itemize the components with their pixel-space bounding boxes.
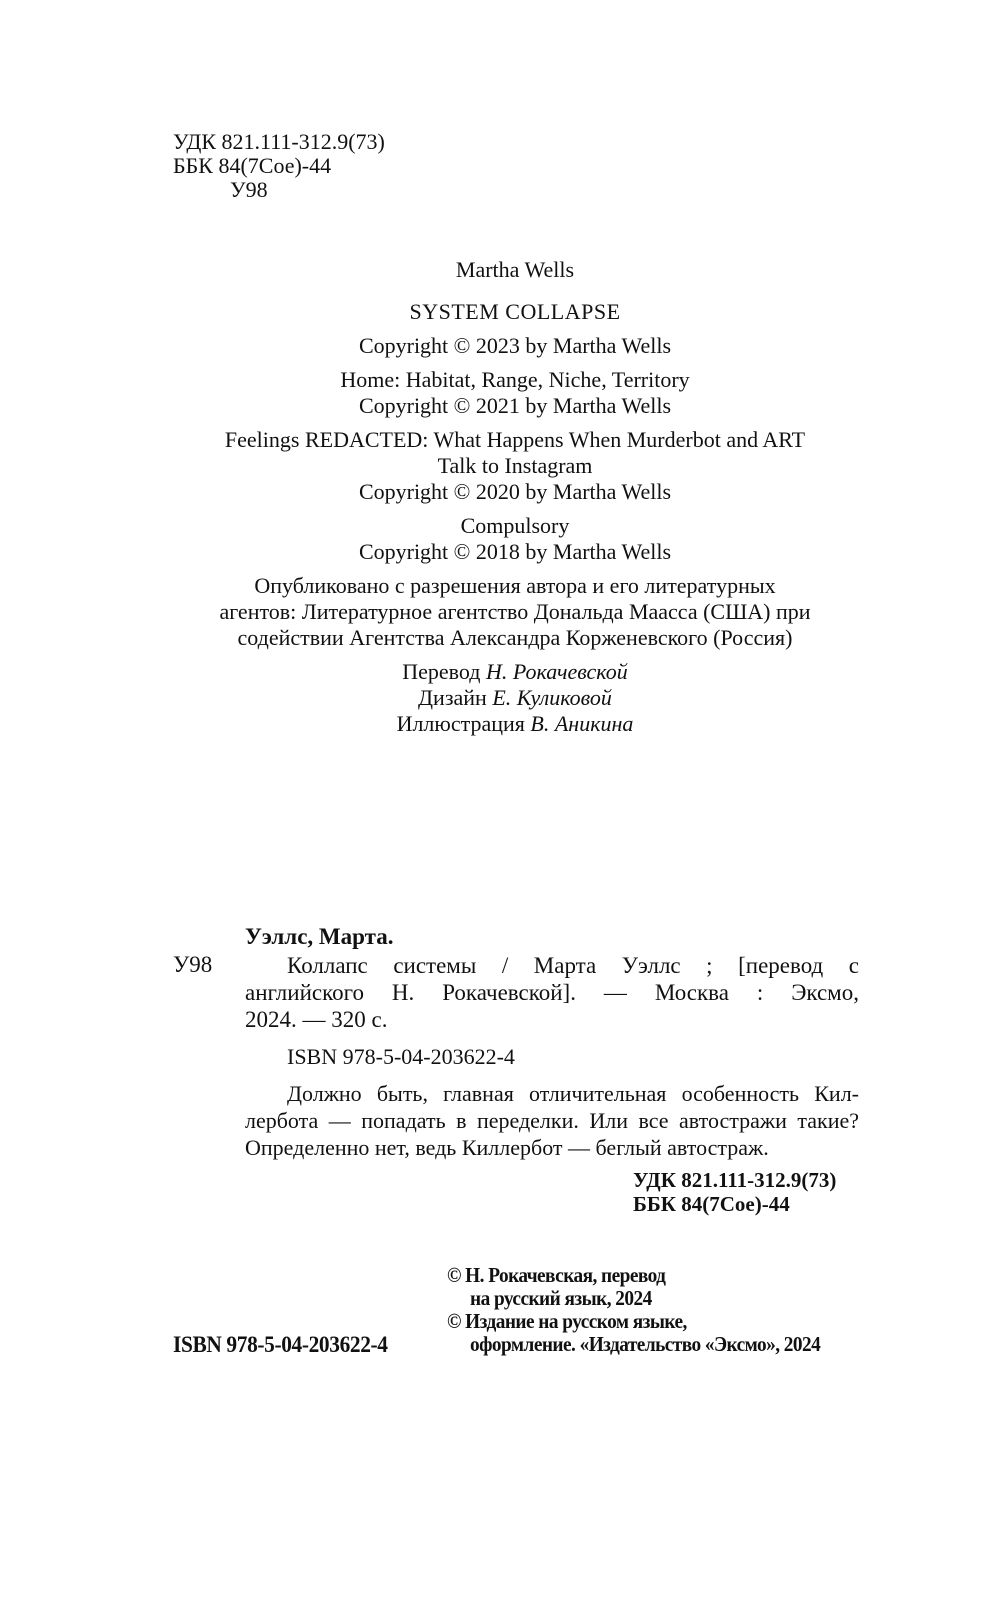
- description-line: Коллапс системы / Марта Уэллс ; [перевод…: [245, 952, 859, 979]
- original-title: SYSTEM COLLAPSE: [160, 299, 870, 325]
- biblio-isbn: ISBN 978-5-04-203622-4: [287, 1044, 515, 1070]
- copyright-main: Copyright © 2023 by Martha Wells: [160, 333, 870, 359]
- classification-top: УДК 821.111-312.9(73) ББК 84(7Сое)-44 У9…: [173, 130, 385, 202]
- copyright-line: оформление. «Издательство «Эксмо», 2024: [447, 1333, 820, 1356]
- biblio-author-sign: У98: [173, 952, 212, 978]
- credit-design: Дизайн Е. Куликовой: [160, 685, 870, 711]
- permission-line: Опубликовано с разрешения автора и его л…: [160, 573, 870, 599]
- credit-role: Иллюстрация: [397, 711, 525, 736]
- credit-role: Дизайн: [418, 685, 487, 710]
- credit-role: Перевод: [402, 659, 480, 684]
- bbk-code: ББК 84(7Сое)-44: [633, 1192, 836, 1216]
- credits: Перевод Н. Рокачевской Дизайн Е. Куликов…: [160, 659, 870, 737]
- work-copyright: Copyright © 2021 by Martha Wells: [160, 393, 870, 419]
- credit-name: Е. Куликовой: [492, 685, 612, 710]
- udk-code: УДК 821.111-312.9(73): [633, 1168, 836, 1192]
- work-title: Compulsory: [160, 513, 870, 539]
- credit-translation: Перевод Н. Рокачевской: [160, 659, 870, 685]
- credit-name: Н. Рокачевской: [486, 659, 628, 684]
- rights-block: Martha Wells SYSTEM COLLAPSE Copyright ©…: [160, 257, 870, 737]
- bbk-code: ББК 84(7Сое)-44: [173, 154, 385, 178]
- permission-note: Опубликовано с разрешения автора и его л…: [160, 573, 870, 651]
- imprint-copyright: © Н. Рокачевская, перевод на русский язы…: [447, 1264, 820, 1356]
- work-title: Feelings REDACTED: What Happens When Mur…: [160, 427, 870, 453]
- classification-bottom: УДК 821.111-312.9(73) ББК 84(7Сое)-44: [633, 1168, 836, 1216]
- original-author: Martha Wells: [160, 257, 870, 283]
- imprint-isbn: ISBN 978-5-04-203622-4: [173, 1333, 388, 1357]
- description-line: 2024. — 320 с.: [245, 1006, 859, 1033]
- copyright-line: © Издание на русском языке,: [447, 1310, 820, 1333]
- annotation: Должно быть, главная отличительная особе…: [245, 1080, 859, 1161]
- work-copyright: Copyright © 2018 by Martha Wells: [160, 539, 870, 565]
- work-title: Home: Habitat, Range, Niche, Territory: [160, 367, 870, 393]
- annotation-line: Должно быть, главная отличительная особе…: [245, 1080, 859, 1107]
- biblio-author-heading: Уэллс, Марта.: [245, 924, 393, 950]
- work-title-continued: Talk to Instagram: [160, 453, 870, 479]
- copyright-line: на русский язык, 2024: [447, 1287, 820, 1310]
- copyright-line: © Н. Рокачевская, перевод: [447, 1264, 820, 1287]
- permission-line: агентов: Литературное агентство Дональда…: [160, 599, 870, 625]
- author-sign: У98: [173, 178, 385, 202]
- biblio-description: Коллапс системы / Марта Уэллс ; [перевод…: [245, 952, 859, 1033]
- description-line: английского Н. Рокачевской]. — Москва : …: [245, 979, 859, 1006]
- udk-code: УДК 821.111-312.9(73): [173, 130, 385, 154]
- permission-line: содействии Агентства Александра Корженев…: [160, 625, 870, 651]
- work-copyright: Copyright © 2020 by Martha Wells: [160, 479, 870, 505]
- credit-name: В. Аникина: [530, 711, 633, 736]
- annotation-line: Определенно нет, ведь Киллербот — беглый…: [245, 1134, 859, 1161]
- credit-illustration: Иллюстрация В. Аникина: [160, 711, 870, 737]
- annotation-line: лербота — попадать в переделки. Или все …: [245, 1107, 859, 1134]
